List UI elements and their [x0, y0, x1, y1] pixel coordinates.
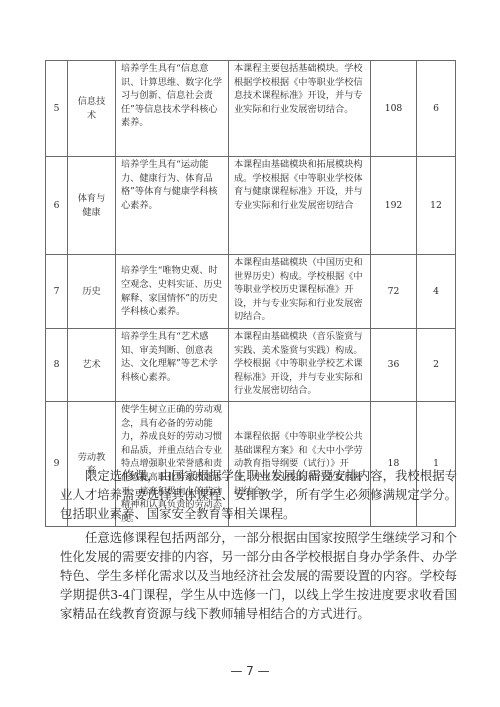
course-hours: 36 — [371, 329, 417, 402]
paragraph-restricted-electives: 限定选修课，由国家根据学生职业发展的需要安排内容，我校根据专业人才培养需要选择具… — [60, 466, 457, 523]
course-name: 信息技术 — [68, 61, 116, 157]
paragraph-optional-electives: 任意选修课程包括两部分，一部分根据由国家按照学生继续学习和个性化发展的需要安排的… — [60, 528, 457, 623]
course-name-text: 艺术 — [75, 358, 109, 372]
row-number: 5 — [46, 61, 68, 157]
course-goal: 培养学生具有“信息意识、计算思维、数字化学习与创新、信息社会责任”等信息技术学科… — [116, 61, 229, 157]
course-credits: 4 — [417, 255, 456, 329]
course-description: 本课程主要包括基础模块。学校根据学校根据《中等职业学校信息技术课程标准》开设，并… — [229, 61, 371, 157]
course-name-text: 体育与健康 — [75, 192, 109, 219]
course-hours: 108 — [371, 61, 417, 157]
course-description: 本课程由基础模块（音乐鉴赏与实践、美术鉴赏与实践）构成。学校根据《中等职业学校艺… — [229, 329, 371, 402]
course-goal: 培养学生具有“运动能力、健康行为、体育品格”等体育与健康学科核心素养。 — [116, 157, 229, 255]
course-hours: 192 — [371, 157, 417, 255]
table-row: 6 体育与健康 培养学生具有“运动能力、健康行为、体育品格”等体育与健康学科核心… — [46, 157, 456, 255]
row-number: 7 — [46, 255, 68, 329]
course-description: 本课程由基础模块（中国历史和世界历史）构成。学校根据《中等职业学校历史课程标准》… — [229, 255, 371, 329]
course-credits: 6 — [417, 61, 456, 157]
course-name: 体育与健康 — [68, 157, 116, 255]
row-number: 8 — [46, 329, 68, 402]
course-goal: 培养学生“唯物史观、时空观念、史料实证、历史解释、家国情怀”的历史学科核心素养。 — [116, 255, 229, 329]
course-credits: 12 — [417, 157, 456, 255]
curriculum-table: 5 信息技术 培养学生具有“信息意识、计算思维、数字化学习与创新、信息社会责任”… — [45, 60, 456, 527]
table-row: 7 历史 培养学生“唯物史观、时空观念、史料实证、历史解释、家国情怀”的历史学科… — [46, 255, 456, 329]
table-row: 8 艺术 培养学生具有“艺术感知、审美判断、创意表达、文化理解”等艺术学科核心素… — [46, 329, 456, 402]
course-credits: 2 — [417, 329, 456, 402]
row-number: 6 — [46, 157, 68, 255]
table-row: 5 信息技术 培养学生具有“信息意识、计算思维、数字化学习与创新、信息社会责任”… — [46, 61, 456, 157]
course-description: 本课程由基础模块和拓展模块构成。学校根据《中等职业学校体育与健康课程标准》开设，… — [229, 157, 371, 255]
course-goal: 培养学生具有“艺术感知、审美判断、创意表达、文化理解”等艺术学科核心素养。 — [116, 329, 229, 402]
course-name-text: 历史 — [75, 285, 109, 299]
page-number: — 7 — — [0, 664, 500, 678]
course-hours: 72 — [371, 255, 417, 329]
course-name: 艺术 — [68, 329, 116, 402]
course-name: 历史 — [68, 255, 116, 329]
course-name-text: 信息技术 — [75, 95, 109, 122]
